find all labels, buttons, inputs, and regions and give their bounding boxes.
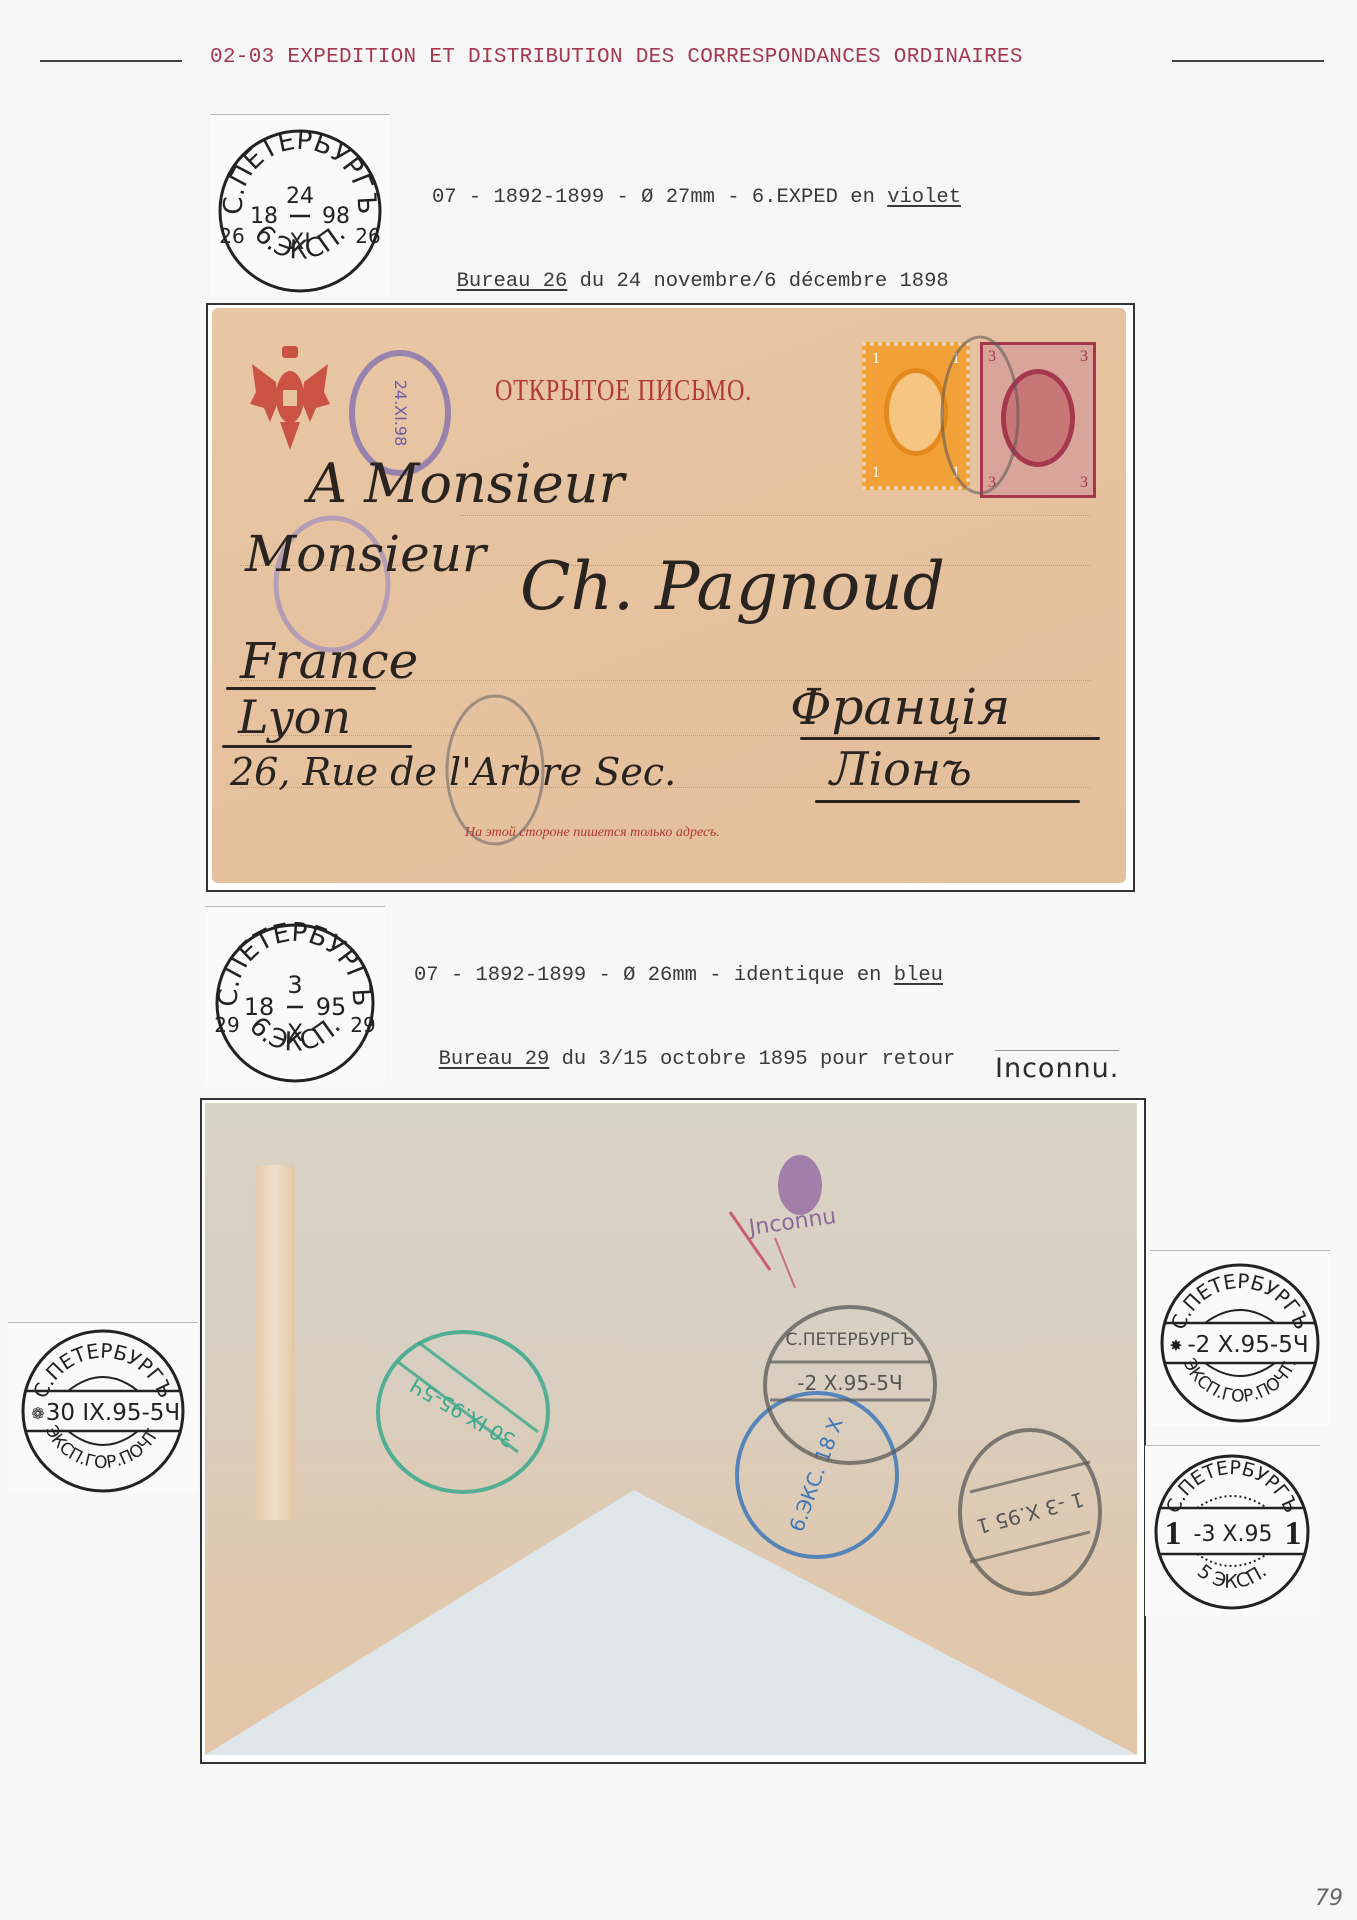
svg-text:26: 26 xyxy=(219,224,244,248)
underline xyxy=(815,800,1080,803)
note-line: Bureau 29 du 3/15 octobre 1895 pour reto… xyxy=(414,1046,1041,1074)
svg-text:✸: ✸ xyxy=(1169,1336,1182,1355)
svg-text:X: X xyxy=(287,1019,303,1047)
svg-text:26: 26 xyxy=(355,224,380,248)
svg-text:5 ЭКСП.: 5 ЭКСП. xyxy=(1193,1560,1271,1593)
cancel-drawing-right-3x95: С.ПЕТЕРБУРГЪ 5 ЭКСП. 1 -3 X.95 1 xyxy=(1145,1445,1320,1616)
svg-text:3: 3 xyxy=(287,971,302,999)
cancel-drawing-bureau-26: С.ПЕТЕРБУРГЪ 6.ЭКСП. 24 18 98 XI 26 26 xyxy=(210,114,390,295)
page-title: 02-03 EXPEDITION ET DISTRIBUTION DES COR… xyxy=(210,46,1023,69)
address-line-1: A Monsieur xyxy=(308,452,624,515)
header-rule-right xyxy=(1172,60,1324,62)
envelope-tape-strip xyxy=(255,1165,295,1520)
svg-text:95: 95 xyxy=(316,993,347,1021)
svg-text:-2 X.95-5Ч: -2 X.95-5Ч xyxy=(797,1371,902,1395)
address-line-2: Monsieur xyxy=(245,525,486,583)
address-line-3: Ch. Pagnoud xyxy=(520,548,945,625)
svg-text:30 IX.95-5Ч: 30 IX.95-5Ч xyxy=(406,1373,519,1452)
cancel-drawing-bureau-29: С.ПЕТЕРБУРГЪ 6.ЭКСП. 3 18 95 X 29 29 xyxy=(205,906,385,1087)
underline xyxy=(222,745,412,748)
grey-postmark-2x95: -2 X.95-5Ч С.ПЕТЕРБУРГЪ xyxy=(755,1300,945,1470)
svg-text:С.ПЕТЕРБУРГЪ: С.ПЕТЕРБУРГЪ xyxy=(786,1330,915,1350)
note-line: 07 - 1892-1899 - Ø 26mm - identique en b… xyxy=(414,962,1041,990)
svg-text:30 IX.95-5Ч: 30 IX.95-5Ч xyxy=(46,1400,180,1426)
svg-text:1: 1 xyxy=(1165,1515,1182,1552)
svg-text:18: 18 xyxy=(250,204,278,229)
svg-text:1 -3 X.95 1: 1 -3 X.95 1 xyxy=(974,1487,1086,1539)
svg-text:18: 18 xyxy=(244,993,275,1021)
address-line xyxy=(460,515,1090,516)
svg-text:24: 24 xyxy=(286,184,314,209)
inconnu-griffe-drawing: Inconnu. xyxy=(995,1050,1119,1084)
note-line: Bureau 26 du 24 novembre/6 décembre 1898 xyxy=(432,268,1059,296)
svg-text:1: 1 xyxy=(1285,1515,1302,1552)
address-city: Lyon xyxy=(238,690,351,744)
svg-text:-2 X.95-5Ч: -2 X.95-5Ч xyxy=(1187,1332,1308,1358)
cancel-drawing-right-2x95: С.ПЕТЕРБУРГЪ ЭКСП.ГОР.ПОЧТ. ✸ -2 X.95-5Ч xyxy=(1150,1250,1330,1426)
address-country-russian: Франція xyxy=(790,678,1010,736)
postcard-title: ОТКРЫТОЕ ПИСЬМО. xyxy=(495,372,752,408)
svg-text:Jnconnu: Jnconnu xyxy=(745,1204,837,1241)
postcard-footer-note: На этой стороне пишется только адресъ. xyxy=(465,825,720,841)
page-number: 79 xyxy=(1315,1886,1343,1911)
underline xyxy=(800,737,1100,740)
svg-text:24.XI.98: 24.XI.98 xyxy=(391,380,410,447)
imperial-eagle-icon xyxy=(250,342,330,452)
address-country: France xyxy=(240,632,418,690)
grey-postmark-on-stamp xyxy=(935,330,1025,500)
svg-text:29: 29 xyxy=(214,1013,239,1037)
grey-postmark-3x95: 1 -3 X.95 1 xyxy=(950,1422,1110,1602)
address-city-russian: Ліонъ xyxy=(830,742,972,796)
svg-text:❁: ❁ xyxy=(31,1404,44,1423)
cancel-drawing-left-30ix95: С.ПЕТЕРБУРГЪ ЭКСП.ГОР.ПОЧТ. ❁ 30 IX.95-5… xyxy=(8,1322,198,1493)
svg-text:29: 29 xyxy=(350,1013,375,1037)
svg-text:-3 X.95: -3 X.95 xyxy=(1194,1522,1273,1547)
note-line: 07 - 1892-1899 - Ø 27mm - 6.EXPED en vio… xyxy=(432,184,1059,212)
header-rule-left xyxy=(40,60,182,62)
violet-inconnu-griffe: Jnconnu xyxy=(720,1140,870,1290)
svg-text:XI: XI xyxy=(289,230,311,255)
svg-text:98: 98 xyxy=(322,204,350,229)
green-postmark: 30 IX.95-5Ч xyxy=(368,1322,558,1502)
